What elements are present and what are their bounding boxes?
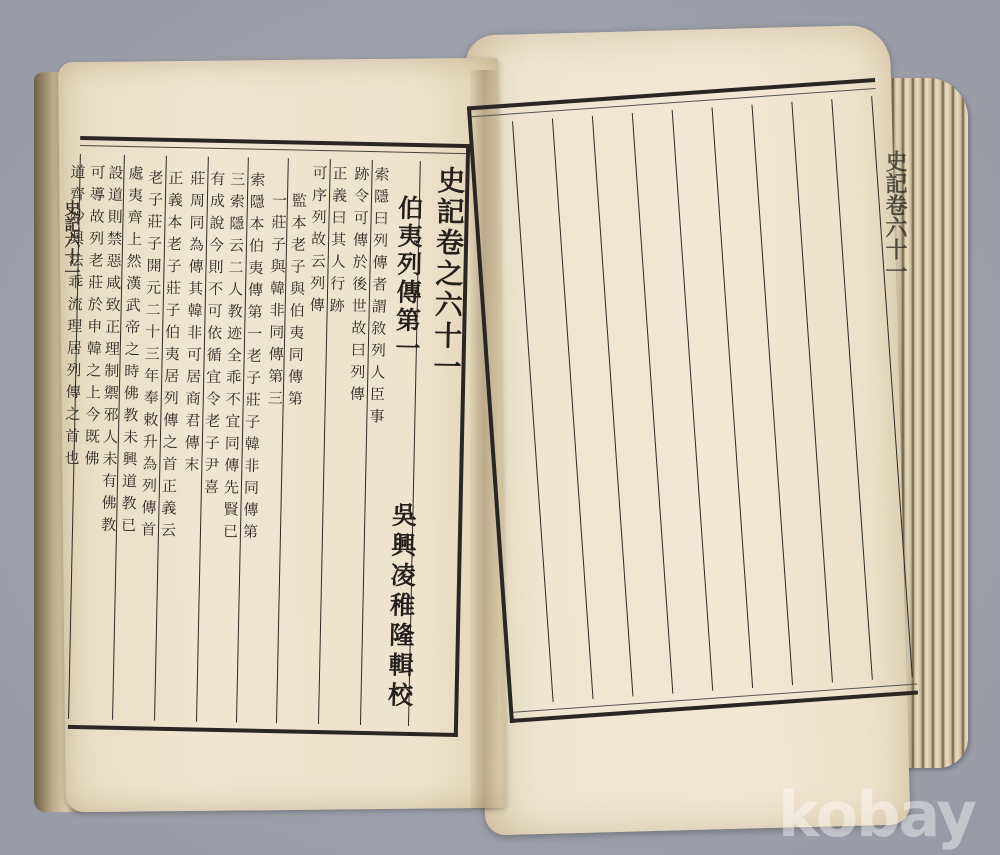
column-rule: [831, 99, 873, 680]
note-column: 可序列故云列傳: [306, 165, 330, 319]
spine-edge-text: 史記六十一: [60, 200, 83, 280]
fore-edge-text: 史記卷六十一: [880, 150, 911, 282]
watermark-logo: kobay: [778, 778, 975, 851]
left-page-printed-frame: 史記卷之六十一 伯夷列傳第一 吳興凌稚隆輯校 索隱曰列傳者謂敘列人臣事 跡令可傳…: [68, 136, 470, 737]
column-rule: [672, 110, 714, 691]
frame-inner-rule: [80, 145, 466, 154]
column-rule: [751, 105, 793, 686]
column-rule: [552, 119, 594, 700]
column-rule: [712, 107, 754, 688]
column-rule: [791, 102, 833, 683]
chapter-title: 伯夷列傳第一: [388, 195, 428, 364]
column-rule: [512, 121, 554, 702]
volume-title: 史記卷之六十一: [425, 165, 470, 383]
right-page-printed-frame: [467, 78, 918, 723]
editor-credit: 吳興凌稚隆輯校: [380, 501, 420, 712]
column-rule: [632, 113, 674, 694]
column-rule: [592, 116, 634, 697]
book-photo: 史記卷之六十一 伯夷列傳第一 吳興凌稚隆輯校 索隱曰列傳者謂敘列人臣事 跡令可傳…: [0, 0, 1000, 855]
